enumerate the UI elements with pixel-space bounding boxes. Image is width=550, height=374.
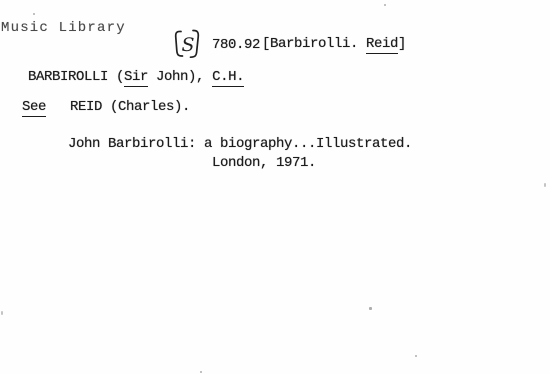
heading-part2: John), [148, 69, 212, 85]
catalogue-card: Music Library S 780.92 [Barbirolli. Reid… [0, 0, 550, 374]
heading-honours-underlined: C.H. [212, 69, 244, 87]
scan-speck [369, 307, 372, 310]
scan-speck [200, 371, 202, 373]
imprint-line: London, 1971. [212, 156, 316, 171]
handwritten-shelfmark-icon: S [169, 28, 205, 60]
heading-sir-underlined: Sir [124, 69, 148, 87]
tracing-name-underlined: Reid [366, 36, 398, 54]
title-line: John Barbirolli: a biography...Illustrat… [68, 137, 412, 152]
heading-line: BARBIROLLI (Sir John), C.H. [28, 70, 244, 85]
tracing-open: [Barbirolli. [262, 36, 366, 52]
tracing-note: [Barbirolli. Reid] [262, 37, 406, 52]
shelfmark-letter: S [182, 34, 195, 56]
class-number: 780.92 [212, 38, 260, 53]
scan-speck [384, 4, 386, 6]
scan-speck [544, 183, 546, 187]
library-stamp: Music Library [1, 20, 126, 36]
heading-part1: BARBIROLLI ( [28, 69, 124, 85]
scan-speck [33, 13, 35, 15]
scan-speck [415, 355, 417, 357]
tracing-close: ] [398, 36, 406, 52]
see-reference-target: REID (Charles). [70, 100, 190, 115]
scan-speck [1, 311, 3, 315]
see-label-text: See [22, 99, 46, 117]
see-label: See [22, 100, 46, 115]
